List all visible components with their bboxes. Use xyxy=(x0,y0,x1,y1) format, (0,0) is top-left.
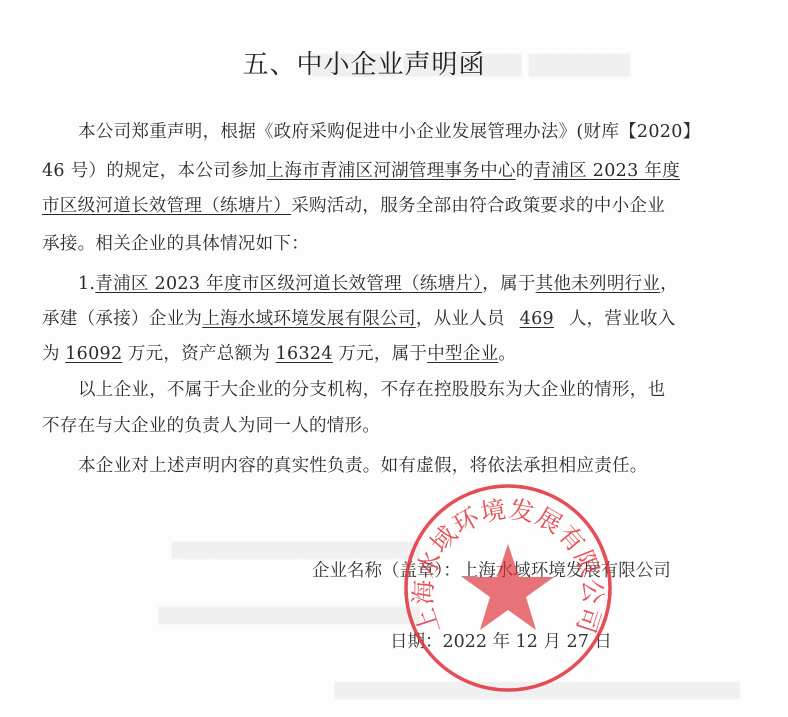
show-through-artifact: ▇▇▇▇▇▇▇▇▇▇▇▇▇▇▇▇▇▇▇▇▇▇▇▇▇▇▇▇▇▇▇ xyxy=(40,680,740,700)
paragraph-1-line-3: 市区级河道长效管理（练塘片）采购活动，服务全部由符合政策要求的中小企业 xyxy=(42,192,665,217)
company-seal-stamp: 上海水域环境发展有限公司 xyxy=(402,482,614,694)
company-signature-line: 企业名称（盖章）：上海水域环境发展有限公司 xyxy=(312,557,671,582)
date-line: 日期：2022 年 12 月 27 日 xyxy=(390,628,612,653)
company-label: 企业名称（盖章）： xyxy=(312,561,461,581)
paragraph-1-line-1: 本公司郑重声明，根据《政府采购促进中小企业发展管理办法》(财库【2020】 xyxy=(78,118,700,143)
item-project-name: 青浦区 2023 年度市区级河道长效管理（练塘片） xyxy=(95,274,482,294)
paragraph-text: 人，营业收入 xyxy=(569,309,676,329)
contractor-name: 上海水域环境发展有限公司 xyxy=(202,309,416,329)
company-name: 上海水域环境发展有限公司 xyxy=(461,561,671,581)
revenue-value: 16092 xyxy=(60,344,128,364)
show-through-artifact: ▇▇▇▇▇▇▇▇▇▇▇▇▇▇▇▇▇▇▇▇ xyxy=(40,605,420,625)
paragraph-text: ， xyxy=(660,274,678,294)
paragraph-text: 。 xyxy=(498,344,516,364)
paragraph-text: 承接。相关企业的具体情况如下： xyxy=(42,234,309,254)
paragraph-text: 本公司郑重声明，根据《政府采购促进中小企业发展管理办法》(财库【2020】 xyxy=(78,122,700,142)
paragraph-1-line-4: 承接。相关企业的具体情况如下： xyxy=(42,230,309,255)
seal-ring xyxy=(406,486,610,690)
paragraph-2-line-2: 不存在与大企业的负责人为同一人的情形。 xyxy=(42,412,380,437)
project-name-part-1: 青浦区 2023 年度 xyxy=(534,161,680,181)
paragraph-text: 采购活动，服务全部由符合政策要求的中小企业 xyxy=(291,196,665,216)
paragraph-text: 承建（承接）企业为 xyxy=(42,309,202,329)
paragraph-text: 万元，属于 xyxy=(338,344,427,364)
enterprise-type: 中型企业 xyxy=(427,344,498,364)
paragraph-text: 46 号）的规定，本公司参加 xyxy=(42,161,267,181)
item-1-line-2: 承建（承接）企业为上海水域环境发展有限公司，从业人员469人，营业收入 xyxy=(42,305,676,330)
date-label: 日期： xyxy=(390,632,443,652)
paragraph-text: 本企业对上述声明内容的真实性负责。如有虚假，将依法承担相应责任。 xyxy=(78,456,648,476)
project-name-part-2: 市区级河道长效管理（练塘片） xyxy=(42,196,291,216)
document-title: 五、中小企业声明函 xyxy=(0,44,788,81)
industry-field: 其他未列明行业 xyxy=(536,274,661,294)
paragraph-2-line-1: 以上企业，不属于大企业的分支机构，不存在控股股东为大企业的情形，也 xyxy=(78,376,665,401)
document-page: ▇▇▇▇▇▇ ▇▇▇▇▇▇▇ ▇▇▇▇▇ ▇▇▇▇▇▇▇▇▇▇▇▇▇▇▇▇▇▇▇… xyxy=(0,0,788,717)
employees-value: 469 xyxy=(505,309,569,329)
paragraph-text: 以上企业，不属于大企业的分支机构，不存在控股股东为大企业的情形，也 xyxy=(78,380,665,400)
paragraph-1-line-2: 46 号）的规定，本公司参加上海市青浦区河湖管理事务中心的青浦区 2023 年度 xyxy=(42,157,680,182)
assets-value: 16324 xyxy=(270,344,338,364)
paragraph-text: 不存在与大企业的负责人为同一人的情形。 xyxy=(42,416,380,436)
purchaser-name: 上海市青浦区河湖管理事务中心 xyxy=(267,161,516,181)
paragraph-text: ，从业人员 xyxy=(416,309,505,329)
item-1-line-1: 1.青浦区 2023 年度市区级河道长效管理（练塘片），属于其他未列明行业， xyxy=(78,270,678,295)
paragraph-text: ，属于 xyxy=(482,274,535,294)
paragraph-text: 的 xyxy=(516,161,534,181)
paragraph-3-line-1: 本企业对上述声明内容的真实性负责。如有虚假，将依法承担相应责任。 xyxy=(78,452,648,477)
item-1-line-3: 为16092万元，资产总额为16324万元，属于中型企业。 xyxy=(42,340,516,365)
item-number: 1. xyxy=(78,274,95,294)
paragraph-text: 万元，资产总额为 xyxy=(128,344,270,364)
date-value: 2022 年 12 月 27 日 xyxy=(443,632,612,652)
paragraph-text: 为 xyxy=(42,344,60,364)
